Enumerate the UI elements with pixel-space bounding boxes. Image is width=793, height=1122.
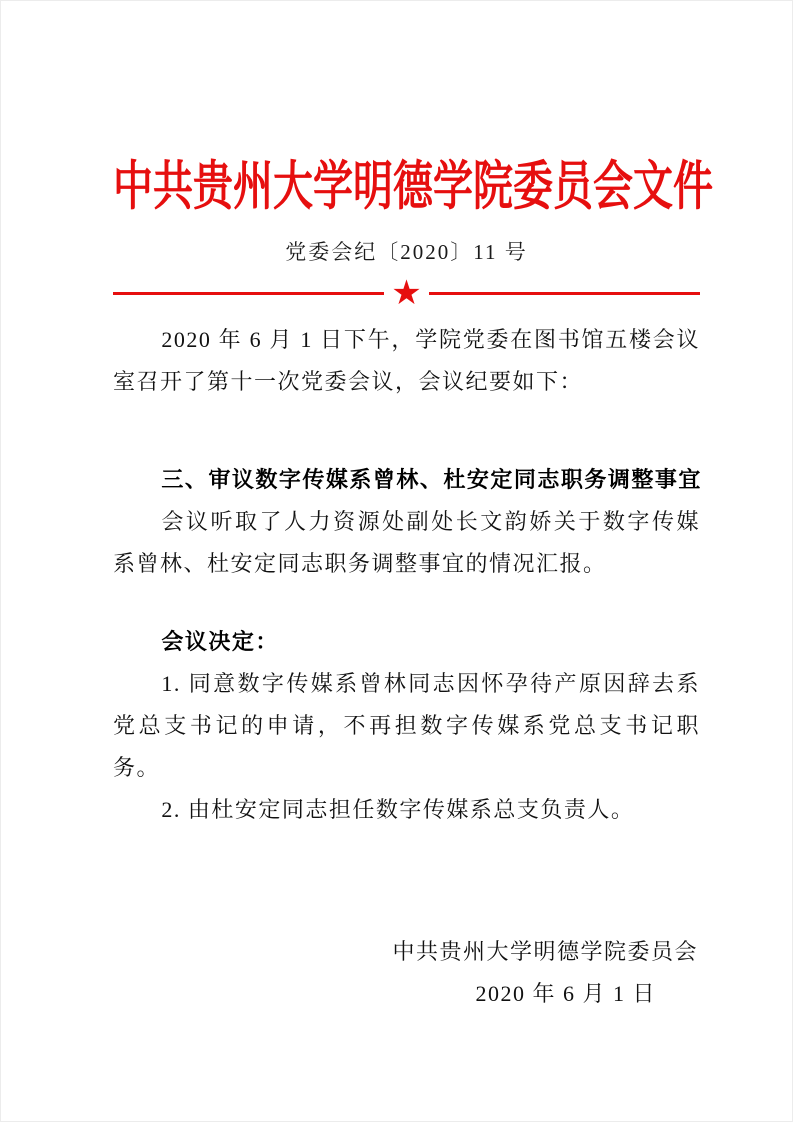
- report-paragraph: 会议听取了人力资源处副处长文韵娇关于数字传媒系曾林、杜安定同志职务调整事宜的情况…: [113, 501, 700, 585]
- decision-item-2: 2. 由杜安定同志担任数字传媒系总支负责人。: [113, 789, 700, 831]
- divider-line-left: [113, 292, 384, 295]
- issuing-authority: 中共贵州大学明德学院委员会: [113, 931, 700, 973]
- document-content: 中共贵州大学明德学院委员会文件 党委会纪〔2020〕11 号 ★ 2020 年 …: [113, 161, 700, 1015]
- document-title: 中共贵州大学明德学院委员会文件: [113, 153, 700, 222]
- section-heading: 三、审议数字传媒系曾林、杜安定同志职务调整事宜: [113, 459, 700, 501]
- red-divider: ★: [113, 277, 700, 309]
- decision-heading: 会议决定：: [113, 621, 700, 663]
- signature-block: 中共贵州大学明德学院委员会 2020 年 6 月 1 日: [113, 931, 700, 1015]
- document-number: 党委会纪〔2020〕11 号: [113, 239, 700, 265]
- divider-line-right: [429, 292, 700, 295]
- decision-item-1: 1. 同意数字传媒系曾林同志因怀孕待产原因辞去系党总支书记的申请，不再担数字传媒…: [113, 663, 700, 789]
- star-icon: ★: [391, 277, 421, 309]
- intro-paragraph: 2020 年 6 月 1 日下午，学院党委在图书馆五楼会议室召开了第十一次党委会…: [113, 319, 700, 403]
- document-page: 中共贵州大学明德学院委员会文件 党委会纪〔2020〕11 号 ★ 2020 年 …: [0, 0, 793, 1122]
- issue-date: 2020 年 6 月 1 日: [113, 973, 700, 1015]
